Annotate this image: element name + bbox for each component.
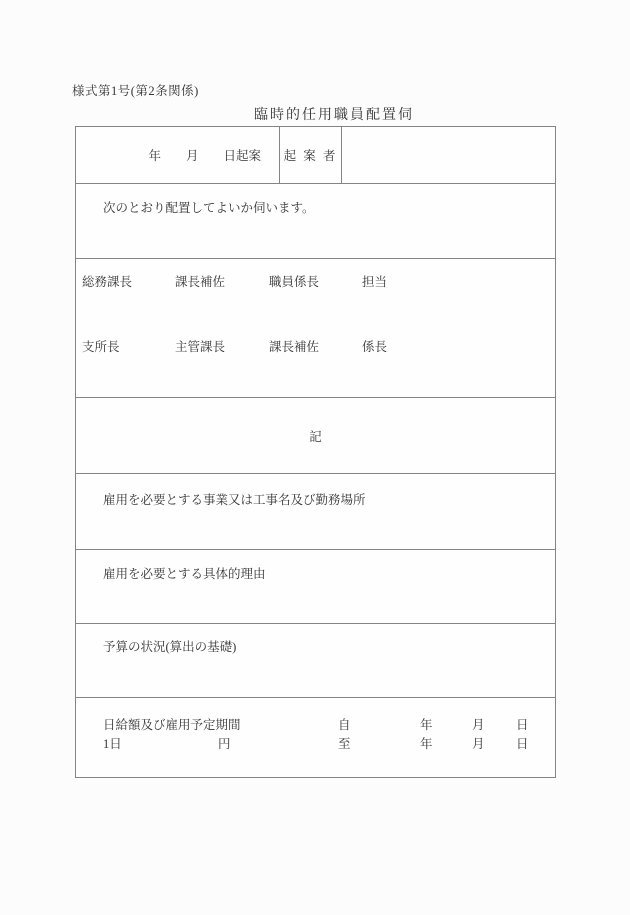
period-from-label: 自 <box>338 715 351 733</box>
field-row-business-name: 雇用を必要とする事業又は工事名及び勤務場所 <box>76 474 555 550</box>
field-label-reason: 雇用を必要とする具体的理由 <box>103 567 266 581</box>
field-label-budget: 予算の状況(算出の基礎) <box>103 640 236 654</box>
approval-role-shukan-kacho: 主管課長 <box>175 337 225 355</box>
draft-date-label: 年 月 日起案 <box>148 146 261 164</box>
drafter-label: 起 案 者 <box>284 146 338 164</box>
request-text: 次のとおり配置してよいか伺います。 <box>103 201 315 215</box>
approval-role-tanto: 担当 <box>362 272 387 290</box>
form-page: 様式第1号(第2条関係) 臨時的任用職員配置伺 年 月 日起案 起 案 者 次の… <box>0 0 630 915</box>
yen-label: 円 <box>218 734 231 752</box>
approval-role-kakaricho: 係長 <box>362 337 387 355</box>
form-number-note: 様式第1号(第2条関係) <box>72 81 199 99</box>
approval-role-kacho-hosa-2: 課長補佐 <box>269 337 319 355</box>
period-from-year-label: 年 <box>420 715 433 733</box>
period-from-month-label: 月 <box>472 715 485 733</box>
approval-role-kacho-hosa-1: 課長補佐 <box>175 272 225 290</box>
form-table: 年 月 日起案 起 案 者 次のとおり配置してよいか伺います。 総務課長 課長補… <box>75 126 556 778</box>
period-to-year-label: 年 <box>420 734 433 752</box>
approval-role-shokuin-kakaricho: 職員係長 <box>269 272 319 290</box>
period-to-month-label: 月 <box>472 734 485 752</box>
approval-role-soumu-kacho: 総務課長 <box>82 272 132 290</box>
ki-text: 記 <box>309 427 322 445</box>
field-row-budget: 予算の状況(算出の基礎) <box>76 624 555 698</box>
request-row: 次のとおり配置してよいか伺います。 <box>76 184 555 259</box>
period-to-label: 至 <box>338 734 351 752</box>
wage-period-label: 日給額及び雇用予定期間 <box>103 715 241 733</box>
period-to-day-label: 日 <box>516 734 529 752</box>
draft-header-row: 年 月 日起案 起 案 者 <box>76 127 555 184</box>
form-title: 臨時的任用職員配置伺 <box>254 104 414 124</box>
field-label-business-name: 雇用を必要とする事業又は工事名及び勤務場所 <box>103 493 366 507</box>
approval-role-shishocho: 支所長 <box>82 337 120 355</box>
ki-divider-row: 記 <box>76 398 555 474</box>
daily-wage-label: 1日 <box>103 734 122 752</box>
drafter-label-cell: 起 案 者 <box>280 127 342 183</box>
period-from-day-label: 日 <box>516 715 529 733</box>
wage-period-row: 日給額及び雇用予定期間 自 年 月 日 1日 円 至 年 月 日 <box>76 698 555 777</box>
approval-row: 総務課長 課長補佐 職員係長 担当 支所長 主管課長 課長補佐 係長 <box>76 259 555 398</box>
drafter-signature-cell <box>342 127 555 183</box>
draft-date-cell: 年 月 日起案 <box>76 127 280 183</box>
field-row-reason: 雇用を必要とする具体的理由 <box>76 550 555 624</box>
